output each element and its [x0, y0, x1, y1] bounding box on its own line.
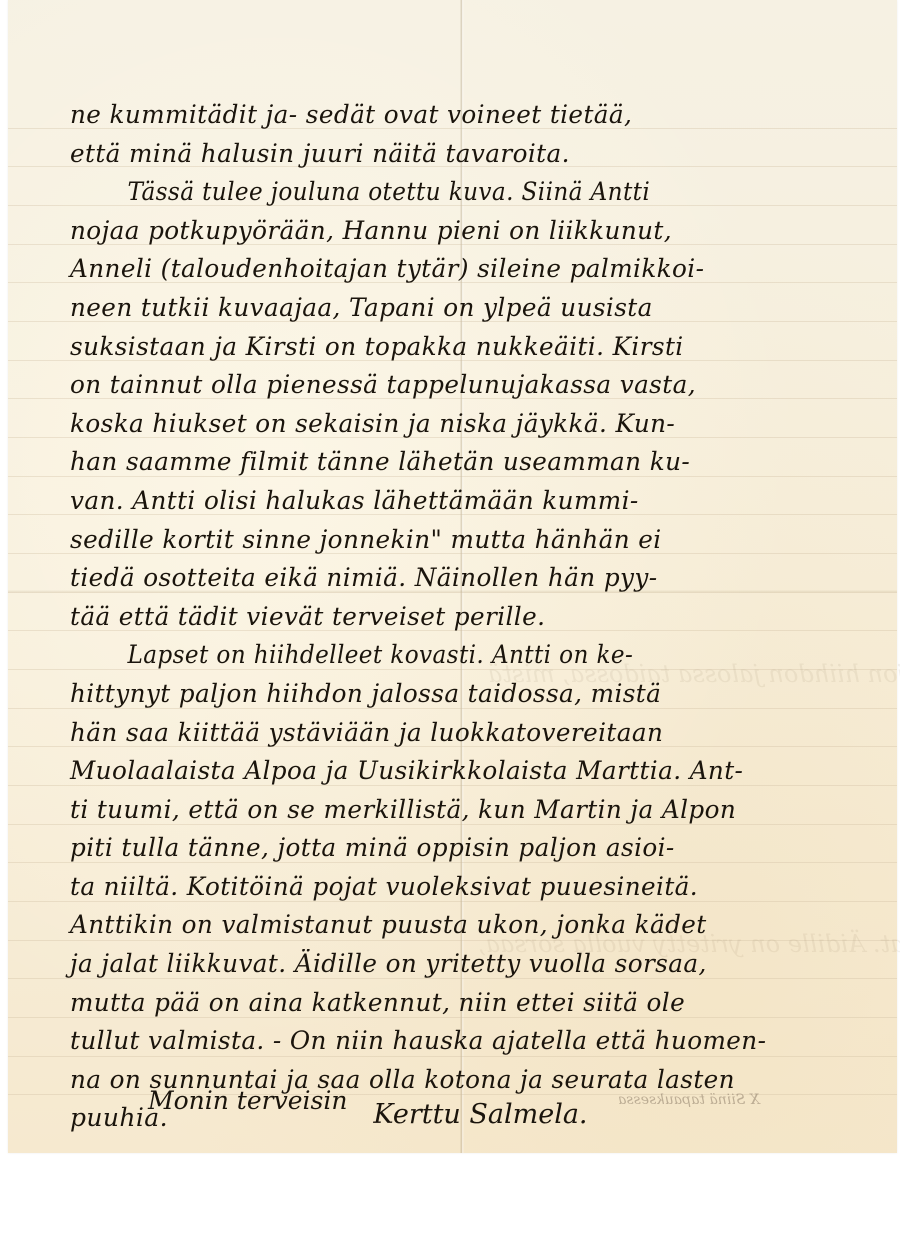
letter-line: Anneli (taloudenhoitajan tytär) sileine …	[70, 250, 880, 289]
letter-line: ta niiltä. Kotitöinä pojat vuoleksivat p…	[70, 868, 880, 907]
letter-line: tiedä osotteita eikä nimiä. Näinollen hä…	[70, 559, 880, 598]
letter-line: ti tuumi, että on se merkillistä, kun Ma…	[70, 791, 880, 830]
letter-line: tullut valmista. - On niin hauska ajatel…	[70, 1022, 880, 1061]
signature: Kerttu Salmela.	[373, 1099, 587, 1130]
letter-line: han saamme filmit tänne lähetän useamman…	[70, 443, 880, 482]
letter-line: koska hiukset on sekaisin ja niska jäykk…	[70, 405, 880, 444]
letter-line: neen tutkii kuvaajaa, Tapani on ylpeä uu…	[70, 289, 880, 328]
letter-line: Muolaalaista Alpoa ja Uusikirkkolaista M…	[70, 752, 880, 791]
letter-line: on tainnut olla pienessä tappelunujakass…	[70, 366, 880, 405]
letter-line-paragraph-start: Tässä tulee jouluna otettu kuva. Siinä A…	[70, 173, 830, 212]
bleed-through-note: X Siinä tapauksessa	[618, 1092, 760, 1108]
letter-line: sedille kortit sinne jonnekin" mutta hän…	[70, 521, 880, 560]
letter-line: van. Antti olisi halukas lähettämään kum…	[70, 482, 880, 521]
letter-line: piti tulla tänne, jotta minä oppisin pal…	[70, 829, 880, 868]
letter-line: ne kummitädit ja- sedät ovat voineet tie…	[70, 96, 880, 135]
letter-paper: hittynyt paljon hiihdon jalossa taidossa…	[8, 0, 897, 1153]
letter-line: suksistaan ja Kirsti on topakka nukkeäit…	[70, 328, 880, 367]
letter-line: mutta pää on aina katkennut, niin ettei …	[70, 984, 880, 1023]
letter-line: nojaa potkupyörään, Hannu pieni on liikk…	[70, 212, 880, 251]
letter-line: hän saa kiittää ystäviään ja luokkatover…	[70, 714, 880, 753]
letter-line-paragraph-start: Lapset on hiihdelleet kovasti. Antti on …	[70, 636, 830, 675]
letter-line: Anttikin on valmistanut puusta ukon, jon…	[70, 906, 880, 945]
letter-closing: Monin terveisin Kerttu Salmela.	[148, 1085, 588, 1116]
letter-line: tää että tädit vievät terveiset perille.	[70, 598, 880, 637]
letter-body: ne kummitädit ja- sedät ovat voineet tie…	[70, 96, 890, 1138]
letter-line: hittynyt paljon hiihdon jalossa taidossa…	[70, 675, 880, 714]
letter-line: että minä halusin juuri näitä tavaroita.	[70, 135, 880, 174]
closing-text: Monin terveisin	[148, 1086, 347, 1115]
letter-line: ja jalat liikkuvat. Äidille on yritetty …	[70, 945, 880, 984]
